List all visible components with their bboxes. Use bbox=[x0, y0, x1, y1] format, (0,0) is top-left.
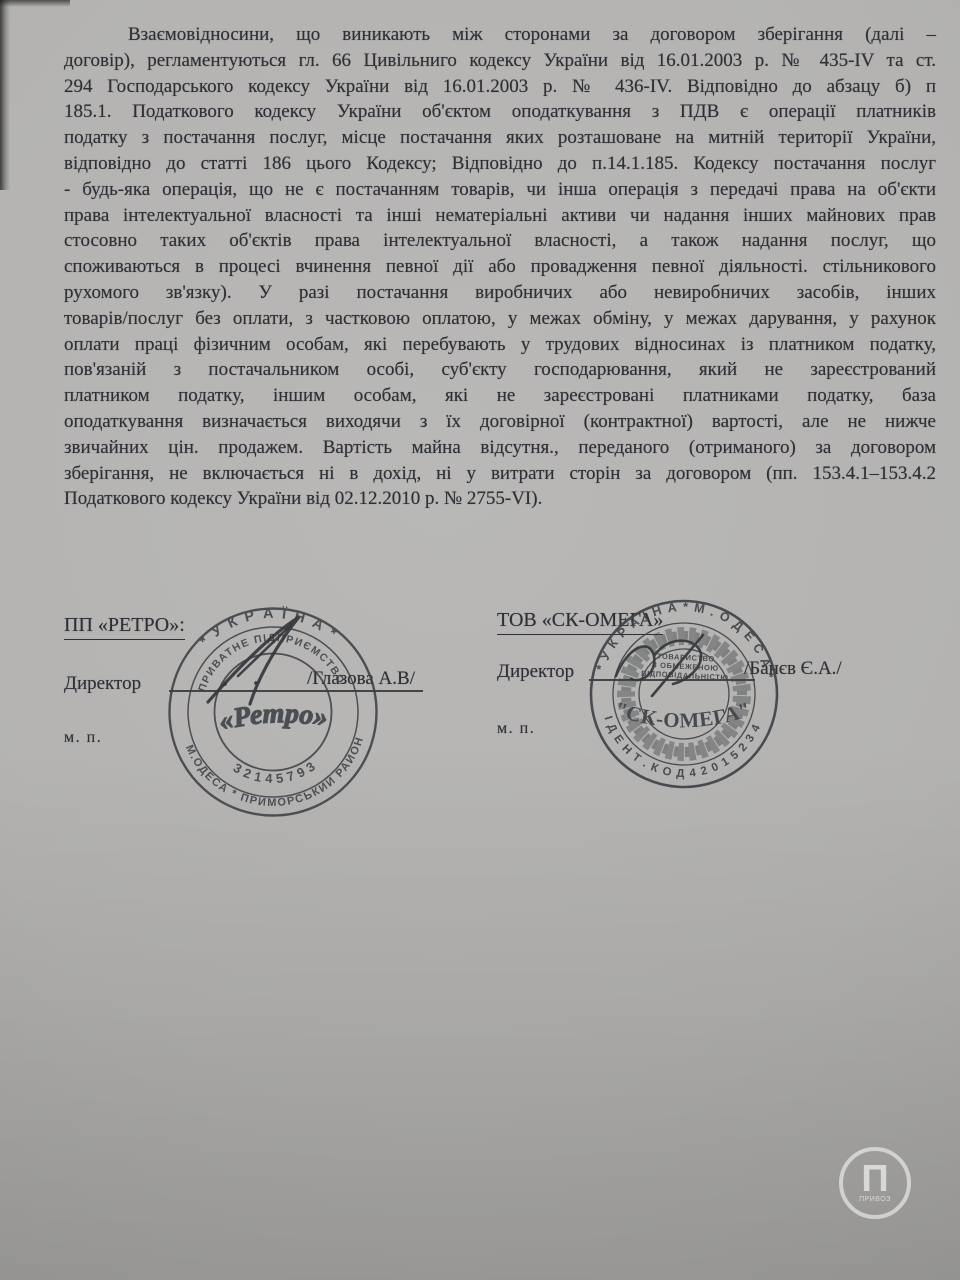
paragraph-line: стосовно таких об'єктів права інтелектуа… bbox=[64, 228, 936, 254]
paragraph-line: пов'язаній з постачальником особі, суб'є… bbox=[64, 357, 936, 383]
svg-text:«Ретро»: «Ретро» bbox=[215, 695, 332, 739]
paragraph-line: зберігання, не включається ні в дохід, н… bbox=[64, 461, 936, 487]
paragraph-line: - будь-яка операція, що не є постачанням… bbox=[64, 177, 936, 203]
paragraph-line: звичайних цін. продажем. Вартість майна … bbox=[64, 435, 936, 461]
contract-paragraph: Взаємовідносини, що виникають між сторон… bbox=[64, 22, 936, 512]
paragraph-line: рухомого зв'язку). У разі постачання вир… bbox=[64, 280, 936, 306]
photo-edge-shadow-left bbox=[0, 0, 10, 190]
press-logo-watermark: П ПРИВОЗ bbox=[839, 1147, 911, 1219]
document-photo: Взаємовідносини, що виникають між сторон… bbox=[0, 0, 960, 1280]
paragraph-line: відповідно до статті 186 цього Кодексу; … bbox=[64, 151, 936, 177]
right-seal-place-label: м. п. bbox=[497, 720, 535, 738]
paragraph-line: оплати праці фізичним особам, які перебу… bbox=[64, 332, 936, 358]
left-director-label: Директор bbox=[64, 673, 141, 695]
paragraph-line: права інтелектуальної власності та інші … bbox=[64, 203, 936, 229]
paragraph-line: договір), регламентуються гл. 66 Цивільн… bbox=[64, 48, 936, 74]
sk-omega-company-stamp: * У К Р А Ї Н А * М . О Д Е С А * І Д Е … bbox=[579, 589, 789, 799]
retro-company-stamp: * У К Р А Ї Н А * М.ОДЕСА * ПРИМОРСЬКИЙ … bbox=[157, 596, 388, 827]
paragraph-line: податку з постачання послуг, місце поста… bbox=[64, 125, 936, 151]
right-director-label: Директор bbox=[497, 661, 574, 683]
paragraph-line: 185.1. Податкового кодексу України об'єк… bbox=[64, 99, 936, 125]
watermark-caption: ПРИВОЗ bbox=[859, 1196, 891, 1204]
paragraph-line: товарів/послуг без оплати, з частковою о… bbox=[64, 306, 936, 332]
paragraph-line: платником податку, іншим особам, які не … bbox=[64, 383, 936, 409]
svg-text:32145793: 32145793 bbox=[230, 756, 322, 789]
stamp-text-company: «Ретро» bbox=[215, 695, 332, 739]
paragraph-line: споживаються в процесі вчинення певної д… bbox=[64, 254, 936, 280]
photo-edge-shadow-top bbox=[0, 0, 70, 7]
paragraph-line: оподаткування визначається виходячи з їх… bbox=[64, 409, 936, 435]
left-seal-place-label: м. п. bbox=[64, 729, 102, 747]
paragraph-line: 294 Господарського кодексу України від 1… bbox=[64, 74, 936, 100]
paragraph-line: Податкового кодексу України від 02.12.20… bbox=[64, 486, 936, 512]
paragraph-line: Взаємовідносини, що виникають між сторон… bbox=[64, 22, 936, 48]
stamp-text-code: 32145793 bbox=[230, 756, 322, 789]
watermark-letter: П bbox=[861, 1162, 888, 1196]
